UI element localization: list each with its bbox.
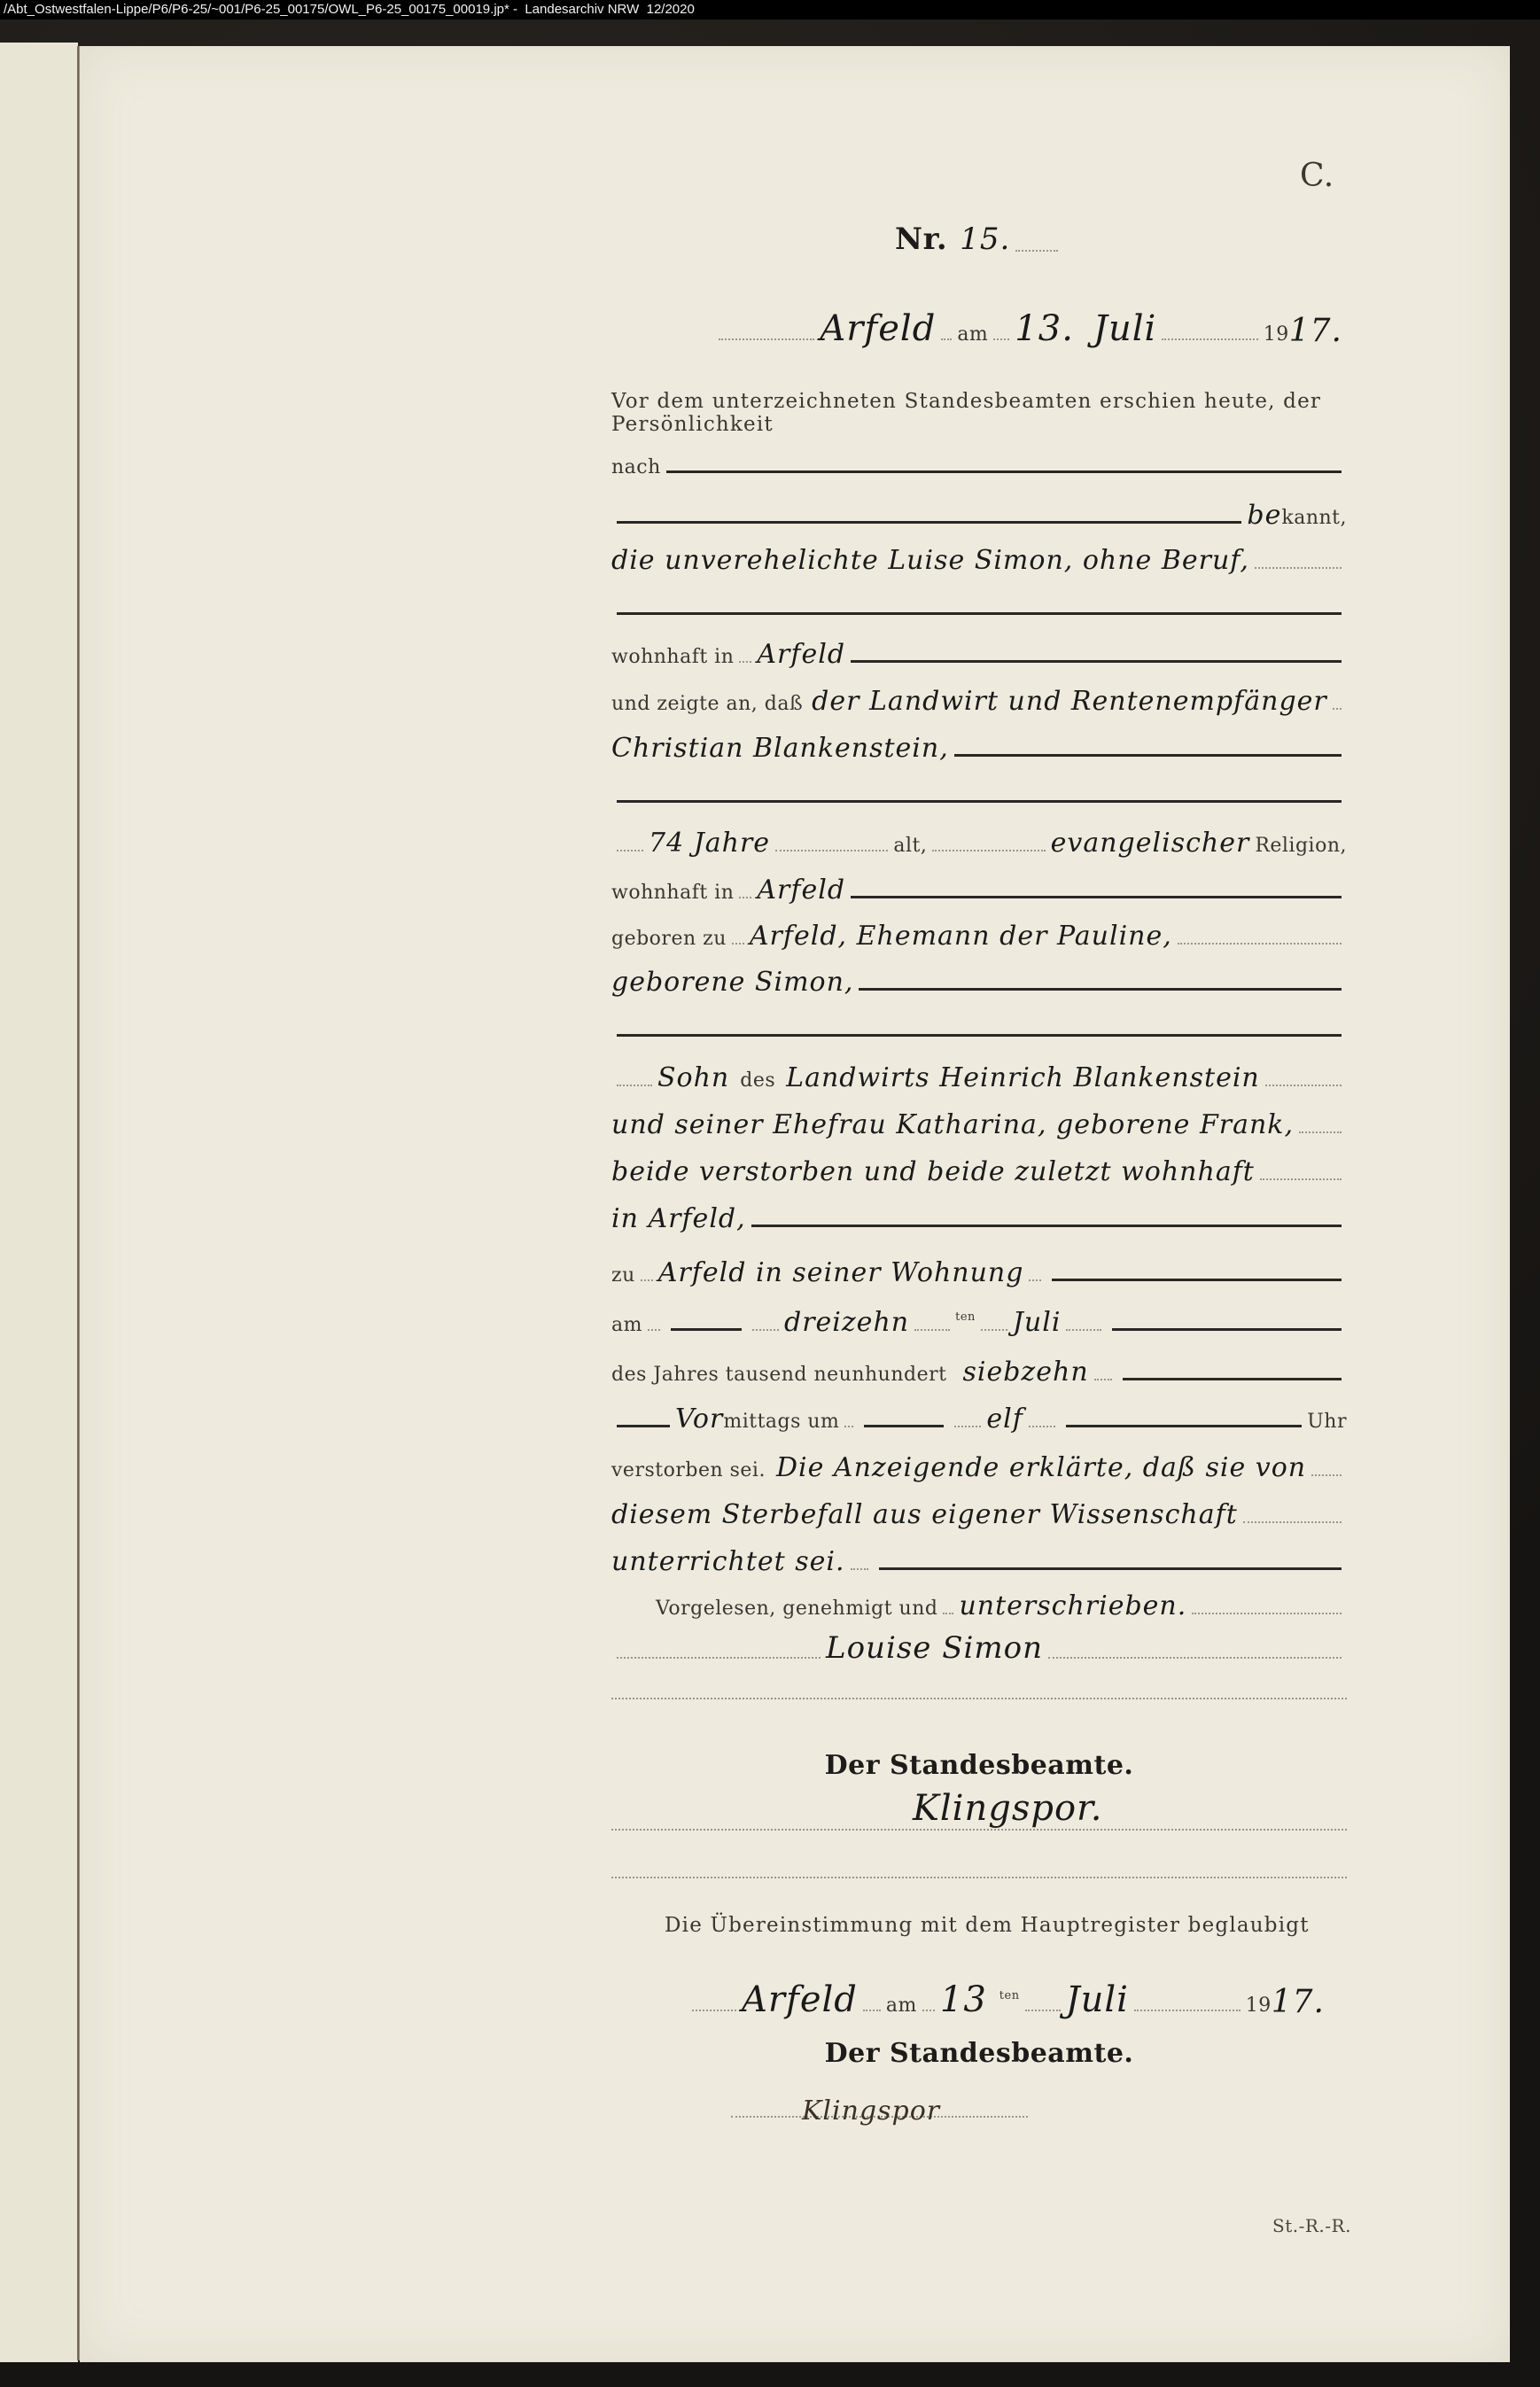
parents-line-3: beide verstorben und beide zuletzt wohnh… [611,1148,1347,1189]
deceased-name-line: Christian Blankenstein, [611,725,1347,766]
parents-des-label: des [740,1069,775,1095]
uhr-label: Uhr [1307,1411,1347,1436]
remark-text-1: Die Anzeigende erklärte, daß sie von [776,1452,1306,1485]
footer-form-mark: St.-R.-R. [1272,2215,1351,2236]
death-year-words: siebzehn [962,1357,1088,1389]
header-date-line: Arfeld am 13. Juli 19 17. [713,299,1342,349]
vorgelesen-label: Vorgelesen, genehmigt und [656,1598,937,1623]
bekannt-printed: kannt, [1281,507,1347,533]
remark-line-1: verstorben sei. Die Anzeigende erklärte,… [611,1444,1347,1485]
deceased-residence-line: wohnhaft in Arfeld [611,867,1347,907]
wohnhaft-label: wohnhaft in [611,646,734,672]
spouse-line: geborene Simon, [611,959,1347,999]
informant-line: die unverehelichte Luise Simon, ohne Ber… [611,537,1347,578]
spouse-maiden-name: geborene Simon, [611,967,853,999]
deceased-wohnhaft-label: wohnhaft in [611,882,734,907]
registrar-signature-1: Klingspor. [913,1788,1103,1829]
age-religion-line: 74 Jahre alt, evangelischer Religion, [611,820,1347,860]
parents-line-2: und seiner Ehefrau Katharina, geborene F… [611,1101,1347,1142]
bekannt-handwritten: be [1247,500,1281,533]
birth-place-spouse: Arfeld, Ehemann der Pauline, [750,921,1172,953]
verstorben-label: verstorben sei. [611,1459,766,1485]
informant-residence-line: wohnhaft in Arfeld [611,631,1347,672]
informant-signature-line: Louise Simon [611,1627,1347,1668]
blank-rule-2 [611,771,1347,812]
parents-sohn: Sohn [657,1062,729,1095]
blank-rule-1 [611,583,1347,624]
cert-year-printed: 19 [1246,1994,1272,2020]
header-year-handwritten: 17. [1289,313,1342,349]
death-day: dreizehn [784,1307,909,1340]
death-place-line: zu Arfeld in seiner Wohnung [611,1249,1347,1290]
registrar-title-1: Der Standesbeamte. [611,1750,1347,1781]
vorgelesen-line: Vorgelesen, genehmigt und unterschrieben… [656,1582,1347,1623]
parents-line-4: in Arfeld, [611,1195,1347,1236]
bekannt-line: be kannt, [611,492,1347,533]
nach-line: nach [611,441,1347,482]
death-place: Arfeld in seiner Wohnung [658,1257,1024,1290]
zeigte-label: und zeigte an, daß [611,693,803,719]
certification-date-line: Arfeld am 13 ten Juli 19 17. [687,1967,1325,2020]
birth-line: geboren zu Arfeld, Ehemann der Pauline, [611,913,1347,953]
header-year-printed: 19 [1264,323,1289,349]
header-place: Arfeld [820,308,936,349]
informant-residence: Arfeld [757,639,845,672]
alt-label: alt, [893,835,927,860]
cert-day: 13 [940,1979,987,2020]
deceased-residence: Arfeld [757,875,845,907]
age-value: 74 Jahre [649,828,770,860]
zeigte-line: und zeigte an, daß der Landwirt und Rent… [611,678,1347,719]
blank-dotted-1 [611,1698,1347,1699]
cert-month: Juli [1066,1979,1129,2020]
blank-dotted-2 [611,1877,1347,1878]
mittags-label: mittags um [723,1411,839,1436]
header-month: Juli [1093,308,1156,349]
window-title-bar: /Abt_Ostwestfalen-Lippe/P6/P6-25/~001/P6… [0,0,1540,19]
header-day: 13. [1015,308,1074,349]
death-date-line: am dreizehn ten Juli [611,1299,1347,1340]
religion-label: Religion, [1255,835,1347,860]
remark-line-2: diesem Sterbefall aus eigener Wissenscha… [611,1491,1347,1532]
remark-text-2: diesem Sterbefall aus eigener Wissenscha… [611,1499,1238,1532]
number-value: 15. [960,222,1010,257]
intro-text: Vor dem unterzeichneten Standesbeamten e… [611,390,1347,436]
am-label: am [611,1314,642,1340]
cert-year-handwritten: 17. [1272,1984,1325,2020]
parents-line-1: Sohn des Landwirts Heinrich Blankenstein [611,1054,1347,1095]
geboren-label: geboren zu [611,928,727,953]
vorgelesen-value: unterschrieben. [959,1590,1186,1623]
nach-label: nach [611,456,661,482]
registrar-title-2: Der Standesbeamte. [611,2038,1347,2069]
year-label: des Jahres tausend neunhundert [611,1364,946,1389]
informant-signature: Louise Simon [826,1630,1043,1668]
remark-line-3: unterrichtet sei. [611,1538,1347,1579]
registrar-signature-2: Klingspor [802,2095,940,2127]
form-letter: C. [1300,158,1334,194]
death-hour: elf [986,1403,1023,1436]
death-time-line: Vor mittags um elf Uhr [611,1396,1347,1436]
death-year-line: des Jahres tausend neunhundert siebzehn [611,1349,1347,1389]
parents-residence: in Arfeld, [611,1203,746,1236]
cert-place: Arfeld [742,1979,858,2020]
certification-text: Die Übereinstimmung mit dem Hauptregiste… [665,1914,1310,1937]
cert-am: am [886,1994,917,2020]
number-label: Nr. [895,222,947,257]
registrar-signature-line-1 [611,1829,1347,1831]
deceased-occupation: der Landwirt und Rentenempfänger [812,686,1327,719]
vor-handwritten: Vor [675,1403,723,1436]
remark-text-3: unterrichtet sei. [611,1546,845,1579]
deceased-name: Christian Blankenstein, [611,733,949,766]
parents-mother: und seiner Ehefrau Katharina, geborene F… [611,1109,1294,1142]
parents-status: beide verstorben und beide zuletzt wohnh… [611,1156,1255,1189]
informant-description: die unverehelichte Luise Simon, ohne Ber… [611,545,1249,578]
header-am: am [957,323,988,349]
blank-rule-3 [611,1005,1347,1046]
religion-value: evangelischer [1051,828,1250,860]
parents-father: Landwirts Heinrich Blankenstein [786,1062,1260,1095]
cert-ten: ten [999,1989,1020,2020]
record-number: Nr. 15. [895,222,1063,257]
ten-suffix: ten [955,1310,976,1340]
left-page [0,43,78,2362]
zu-label: zu [611,1264,635,1290]
death-month: Juli [1013,1307,1062,1340]
